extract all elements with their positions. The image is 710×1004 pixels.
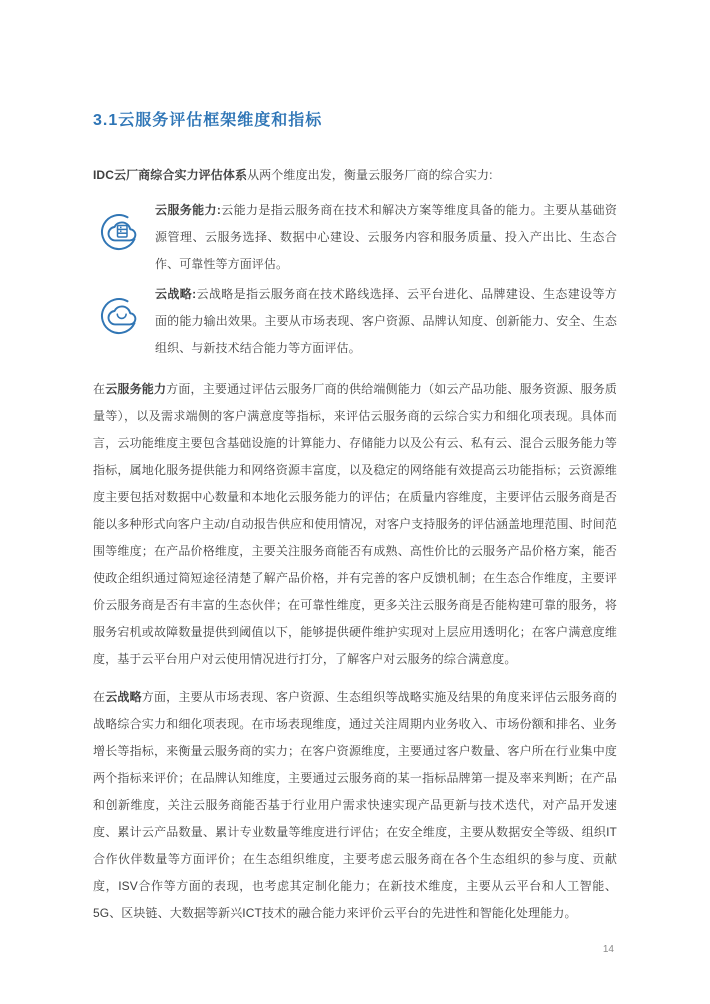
cloud-smile-icon: [100, 296, 140, 336]
paragraph-body: 方面，主要通过评估云服务厂商的供给端侧能力（如云产品功能、服务资源、服务质量等）…: [93, 382, 617, 666]
page-number: 14: [93, 944, 614, 956]
cloud-server-icon: [100, 212, 140, 252]
bullet-cloud-strategy-body: 云战略是指云服务商在技术路线选择、云平台进化、品牌建设、生态建设等方面的能力输出…: [155, 287, 617, 355]
bullet-cloud-capability-body: 云能力是指云服务商在技术和解决方案等维度具备的能力。主要从基础资源管理、云服务选…: [155, 203, 617, 271]
intro-text: 从两个维度出发，衡量云服务厂商的综合实力:: [247, 168, 492, 182]
intro-paragraph: IDC云厂商综合实力评估体系从两个维度出发，衡量云服务厂商的综合实力:: [93, 162, 617, 189]
paragraph-cloud-capability-detail: 在云服务能力方面，主要通过评估云服务厂商的供给端侧能力（如云产品功能、服务资源、…: [93, 376, 617, 673]
bullet-cloud-capability-label: 云服务能力:: [155, 203, 221, 217]
bullet-cloud-strategy-text: 云战略:云战略是指云服务商在技术路线选择、云平台进化、品牌建设、生态建设等方面的…: [155, 281, 617, 362]
paragraph-bold-term: 云服务能力: [105, 382, 166, 396]
paragraph-bold-term: 云战略: [105, 690, 142, 704]
intro-bold-text: IDC云厂商综合实力评估体系: [93, 168, 247, 182]
paragraph-prefix: 在: [93, 690, 105, 704]
paragraph-prefix: 在: [93, 382, 105, 396]
bullet-cloud-capability-text: 云服务能力:云能力是指云服务商在技术和解决方案等维度具备的能力。主要从基础资源管…: [155, 197, 617, 278]
paragraph-cloud-strategy-detail: 在云战略方面，主要从市场表现、客户资源、生态组织等战略实施及结果的角度来评估云服…: [93, 684, 617, 927]
document-page: 3.1云服务评估框架维度和指标 IDC云厂商综合实力评估体系从两个维度出发，衡量…: [93, 112, 617, 938]
paragraph-body: 方面，主要从市场表现、客户资源、生态组织等战略实施及结果的角度来评估云服务商的战…: [93, 690, 617, 920]
bullet-cloud-strategy-label: 云战略:: [155, 287, 196, 301]
section-heading: 3.1云服务评估框架维度和指标: [93, 112, 617, 130]
bullet-cloud-strategy: 云战略:云战略是指云服务商在技术路线选择、云平台进化、品牌建设、生态建设等方面的…: [93, 281, 617, 362]
bullet-cloud-capability: 云服务能力:云能力是指云服务商在技术和解决方案等维度具备的能力。主要从基础资源管…: [93, 197, 617, 278]
